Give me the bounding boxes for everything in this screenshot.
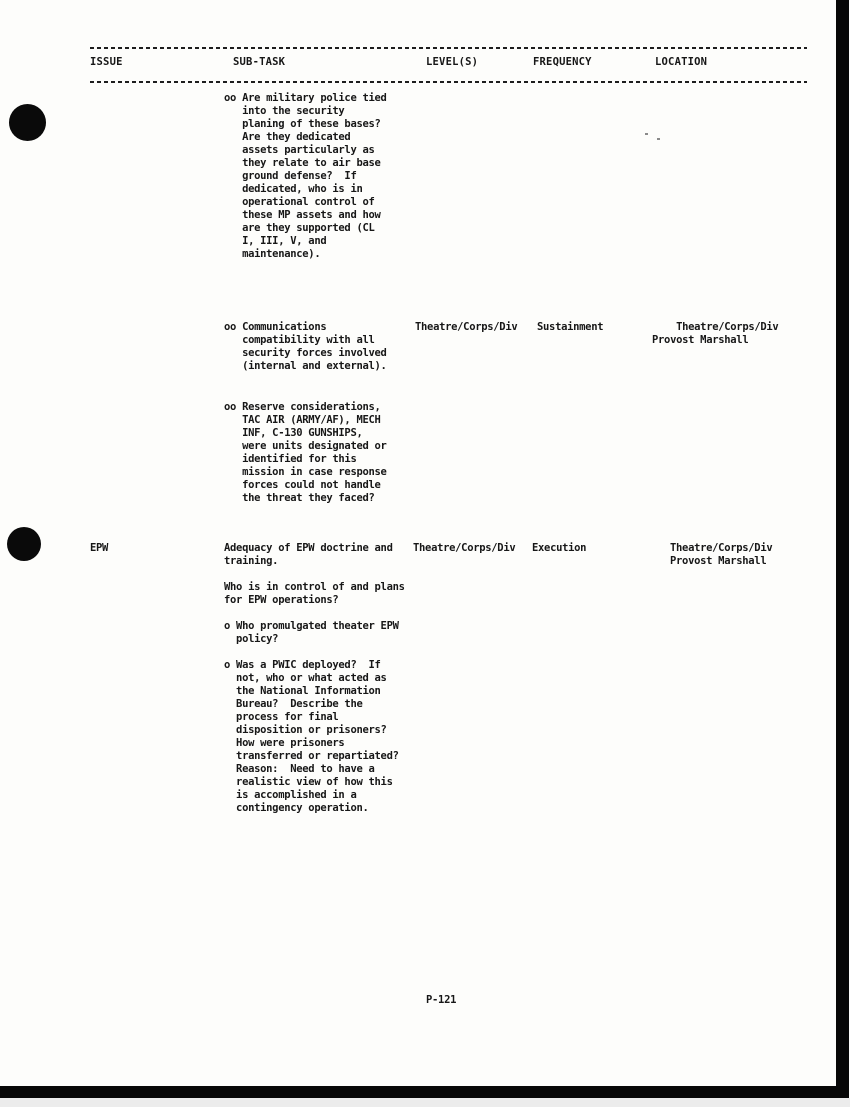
frequency-value: Execution: [532, 542, 586, 555]
issue-label: EPW: [90, 542, 108, 555]
column-header-issue: ISSUE: [90, 56, 123, 69]
hole-punch-mark: [7, 527, 41, 561]
column-header-location: LOCATION: [655, 56, 707, 69]
scan-margin-bottom: [0, 1098, 850, 1107]
subtask-text: Adequacy of EPW doctrine and training. W…: [224, 542, 405, 815]
subtask-text: oo Reserve considerations, TAC AIR (ARMY…: [224, 401, 387, 505]
column-header-levels: LEVEL(S): [426, 56, 478, 69]
hole-punch-mark: [9, 104, 46, 141]
location-value: Theatre/Corps/Div Provost Marshall: [652, 321, 778, 347]
column-header-subtask: SUB-TASK: [233, 56, 285, 69]
subtask-text: oo Are military police tied into the sec…: [224, 92, 387, 261]
column-header-frequency: FREQUENCY: [533, 56, 592, 69]
frequency-value: Sustainment: [537, 321, 603, 334]
scan-speck: [645, 133, 648, 135]
scan-edge-bottom: [0, 1086, 849, 1098]
header-top-rule: [90, 47, 807, 49]
header-bottom-rule: [90, 81, 807, 83]
scan-edge-right: [836, 0, 849, 1097]
subtask-text: oo Communications compatibility with all…: [224, 321, 387, 373]
location-value: Theatre/Corps/Div Provost Marshall: [670, 542, 772, 568]
scanned-document-page: ISSUE SUB-TASK LEVEL(S) FREQUENCY LOCATI…: [0, 0, 850, 1107]
level-value: Theatre/Corps/Div: [415, 321, 517, 334]
page-number: P-121: [426, 994, 456, 1007]
scan-speck: [657, 138, 660, 140]
level-value: Theatre/Corps/Div: [413, 542, 515, 555]
